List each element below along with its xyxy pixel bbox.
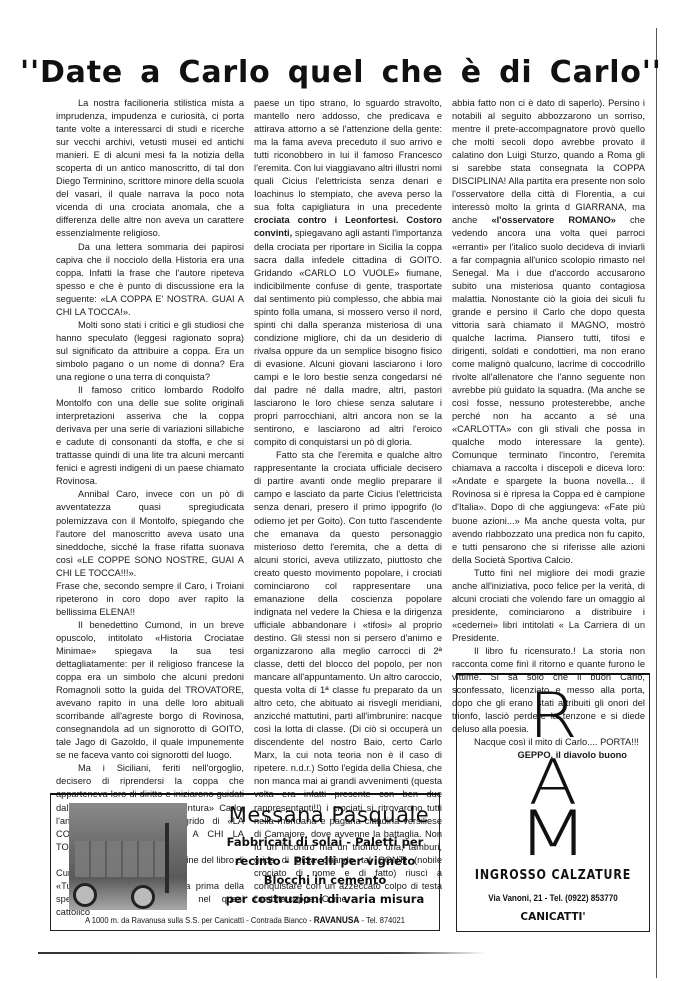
ad-address: Via Vanoni, 21 - Tel. (0922) 853770 (471, 893, 634, 904)
article-paragraph: paese un tipo strano, lo sguardo stravol… (254, 97, 442, 449)
paragraph-text: Molti sono stati i critici e gli studios… (56, 320, 244, 382)
paragraph-text: Annibal Caro, invece con un pò di avvent… (56, 489, 244, 577)
ram-logo-letter: M (423, 803, 682, 865)
ad-line: Fabbricati di solai - Paletti per (211, 833, 439, 852)
newspaper-page: ''Date a Carlo quel che è di Carlo'' La … (0, 0, 694, 981)
article-paragraph: Il benedettino Cumond, in un breve opusc… (56, 619, 244, 763)
ad-product-lines: Fabbricati di solai - Paletti per recint… (211, 833, 439, 909)
ad-ram-calzature: R A M INGROSSO CALZATURE Via Vanoni, 21 … (456, 673, 650, 932)
article-paragraph: Molti sono stati i critici e gli studios… (56, 319, 244, 384)
ad-business-type: INGROSSO CALZATURE (471, 868, 634, 883)
paragraph-text: che vedendo ancora una volta quei parroc… (452, 215, 645, 564)
article-column-2: paese un tipo strano, lo sguardo stravol… (254, 97, 442, 906)
paragraph-text: Il famoso critico lombardo Rodolfo Monto… (56, 385, 244, 486)
ad-address-footer: A 1000 m. da Ravanusa sulla S.S. per Can… (67, 915, 424, 925)
paragraph-text: Il benedettino Cumond, in un breve opusc… (56, 620, 244, 760)
ad-line: per costruzioni di varia misura (211, 890, 439, 909)
ad-footer-phone: - Tel. 874021 (359, 916, 405, 925)
ad-city: CANICATTI' (457, 911, 649, 923)
cart-wheel-icon (131, 885, 155, 909)
cement-blocks-image (75, 841, 167, 877)
article-column-3: abbia fatto non ci è dato di saperlo). P… (452, 97, 645, 762)
article-paragraph: Frase che, secondo sempre il Caro, i Tro… (56, 580, 244, 619)
paragraph-text: abbia fatto non ci è dato di saperlo). P… (452, 98, 645, 225)
ad-footer-town: RAVANUSA (314, 915, 360, 925)
article-paragraph: abbia fatto non ci è dato di saperlo). P… (452, 97, 645, 567)
ad-footer-prefix: A 1000 m. da Ravanusa sulla S.S. per Can… (85, 916, 314, 925)
article-paragraph: Tutto finì nel migliore dei modi grazie … (452, 567, 645, 645)
article-paragraph: Da una lettera sommaria dei papirosi cap… (56, 241, 244, 319)
article-title: ''Date a Carlo quel che è di Carlo'' (20, 54, 650, 92)
article-paragraph: La nostra facilioneria stilistica mista … (56, 97, 244, 241)
paragraph-text: Da una lettera sommaria dei papirosi cap… (56, 242, 244, 317)
ad-messana-pasquale: Messana Pasquale Fabbricati di solai - P… (50, 793, 440, 931)
paragraph-text: Frase che, secondo sempre il Caro, i Tro… (56, 581, 244, 617)
cart-photo (69, 803, 187, 910)
paragraph-bold-text: «l'osservatore ROMANO» (492, 215, 616, 225)
article-paragraph: Annibal Caro, invece con un pò di avvent… (56, 488, 244, 579)
page-bottom-rule (38, 952, 486, 954)
article-paragraph: Il famoso critico lombardo Rodolfo Monto… (56, 384, 244, 488)
ad-brand-name: Messana Pasquale (219, 803, 439, 827)
ram-logo-letter: R (443, 685, 664, 747)
paragraph-text: La nostra facilioneria stilistica mista … (56, 98, 244, 238)
paragraph-text: Tutto finì nel migliore dei modi grazie … (452, 568, 645, 643)
ad-line: recinto - Pitrelli per vigneto (211, 852, 439, 871)
paragraph-text: spiegavano agli astanti l'importanza del… (254, 228, 442, 447)
cart-handle-image (165, 823, 169, 893)
cart-wheel-icon (73, 883, 97, 907)
ad-line: Blocchi in cemento (211, 871, 439, 890)
paragraph-text: paese un tipo strano, lo sguardo stravol… (254, 98, 442, 212)
